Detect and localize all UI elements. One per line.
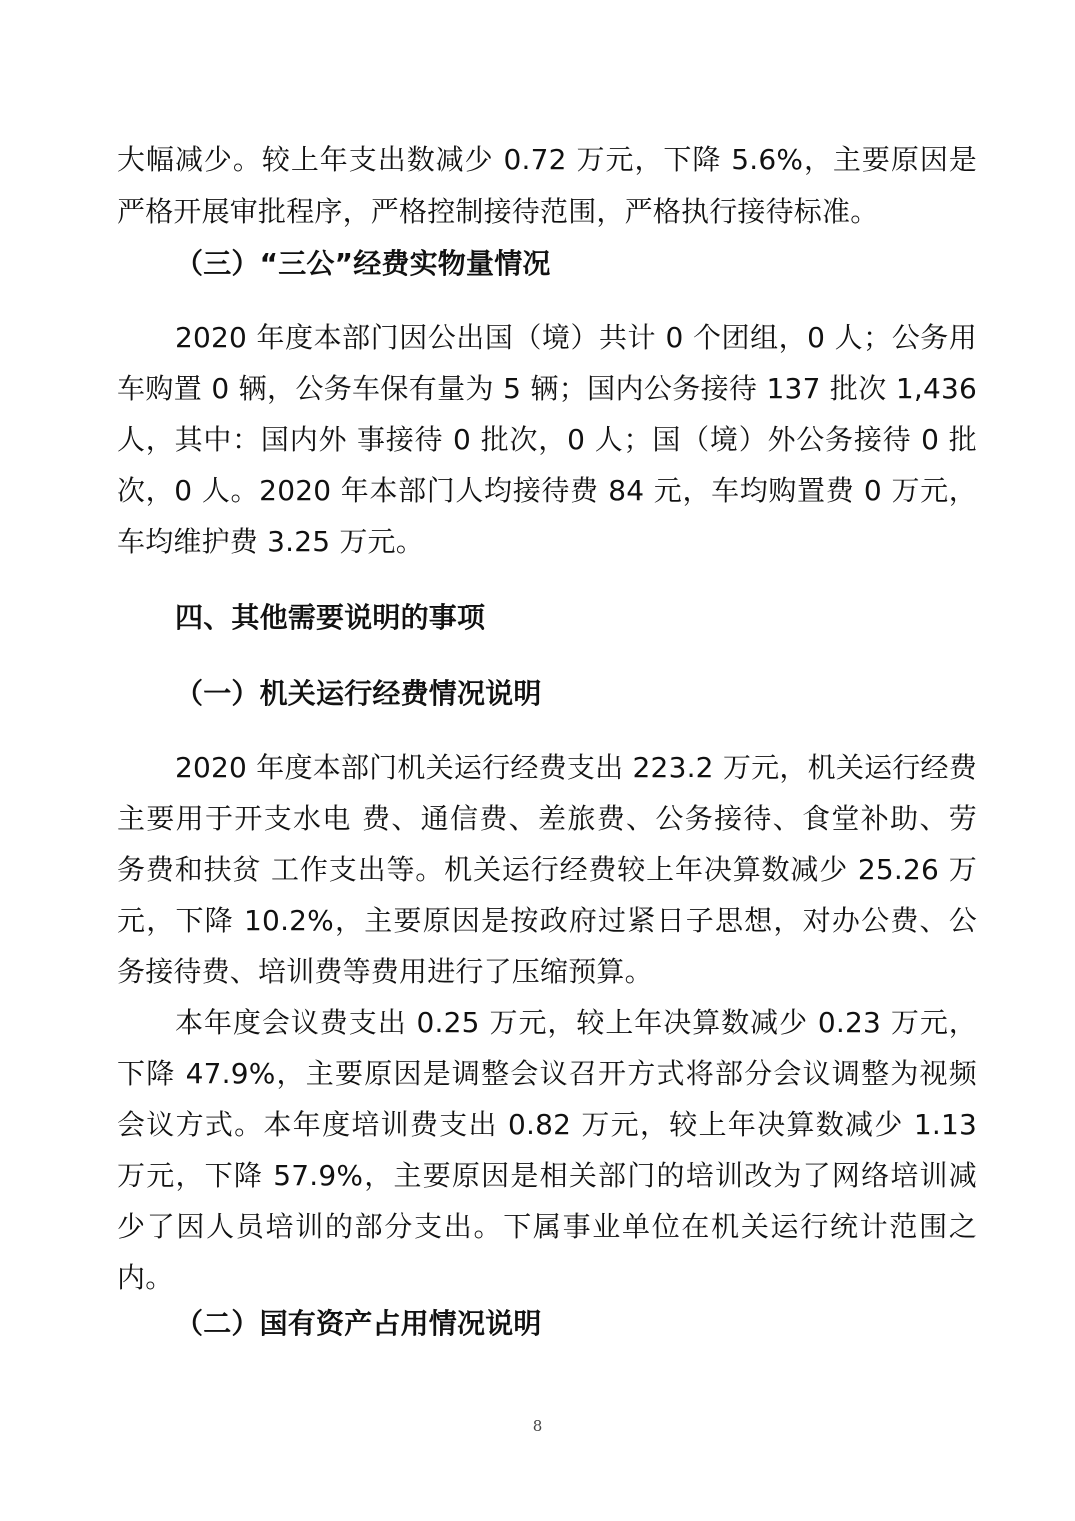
paragraph-line: 少了因人员培训的部分支出。下属事业单位在机关运行统计范围之 — [117, 1207, 977, 1247]
paragraph-line: 务费和扶贫 工作支出等。机关运行经费较上年决算数减少 25.26 万 — [117, 850, 977, 890]
paragraph-line: 务接待费、培训费等费用进行了压缩预算。 — [117, 952, 977, 992]
paragraph-line: 内。 — [117, 1258, 977, 1298]
section-heading: 四、其他需要说明的事项 — [175, 598, 977, 638]
section-heading: （一）机关运行经费情况说明 — [175, 674, 977, 714]
paragraph-line: 严格开展审批程序，严格控制接待范围，严格执行接待标准。 — [117, 192, 977, 232]
paragraph-line: 元，下降 10.2%，主要原因是按政府过紧日子思想，对办公费、公 — [117, 901, 977, 941]
paragraph-line: 主要用于开支水电 费、通信费、差旅费、公务接待、食堂补助、劳 — [117, 799, 977, 839]
paragraph-line: 2020 年度本部门机关运行经费支出 223.2 万元，机关运行经费 — [175, 748, 977, 788]
paragraph-line: 车均维护费 3.25 万元。 — [117, 522, 977, 562]
paragraph-line: 下降 47.9%，主要原因是调整会议召开方式将部分会议调整为视频 — [117, 1054, 977, 1094]
paragraph-line: 次，0 人。2020 年本部门人均接待费 84 元，车均购置费 0 万元， — [117, 471, 977, 511]
paragraph-line: 大幅减少。较上年支出数减少 0.72 万元，下降 5.6%，主要原因是 — [117, 140, 977, 180]
paragraph-line: 车购置 0 辆，公务车保有量为 5 辆；国内公务接待 137 批次 1,436 — [117, 369, 977, 409]
paragraph-line: 本年度会议费支出 0.25 万元，较上年决算数减少 0.23 万元， — [175, 1003, 977, 1043]
paragraph-line: 万元，下降 57.9%，主要原因是相关部门的培训改为了网络培训减 — [117, 1156, 977, 1196]
paragraph-line: 2020 年度本部门因公出国（境）共计 0 个团组，0 人；公务用 — [175, 318, 977, 358]
section-heading: （二）国有资产占用情况说明 — [175, 1304, 977, 1344]
paragraph-line: 人，其中：国内外 事接待 0 批次，0 人；国（境）外公务接待 0 批 — [117, 420, 977, 460]
page-number: 8 — [0, 1417, 1075, 1435]
document-page: 大幅减少。较上年支出数减少 0.72 万元，下降 5.6%，主要原因是严格开展审… — [0, 0, 1075, 1521]
paragraph-line: 会议方式。本年度培训费支出 0.82 万元，较上年决算数减少 1.13 — [117, 1105, 977, 1145]
section-heading: （三）“三公”经费实物量情况 — [175, 244, 977, 284]
